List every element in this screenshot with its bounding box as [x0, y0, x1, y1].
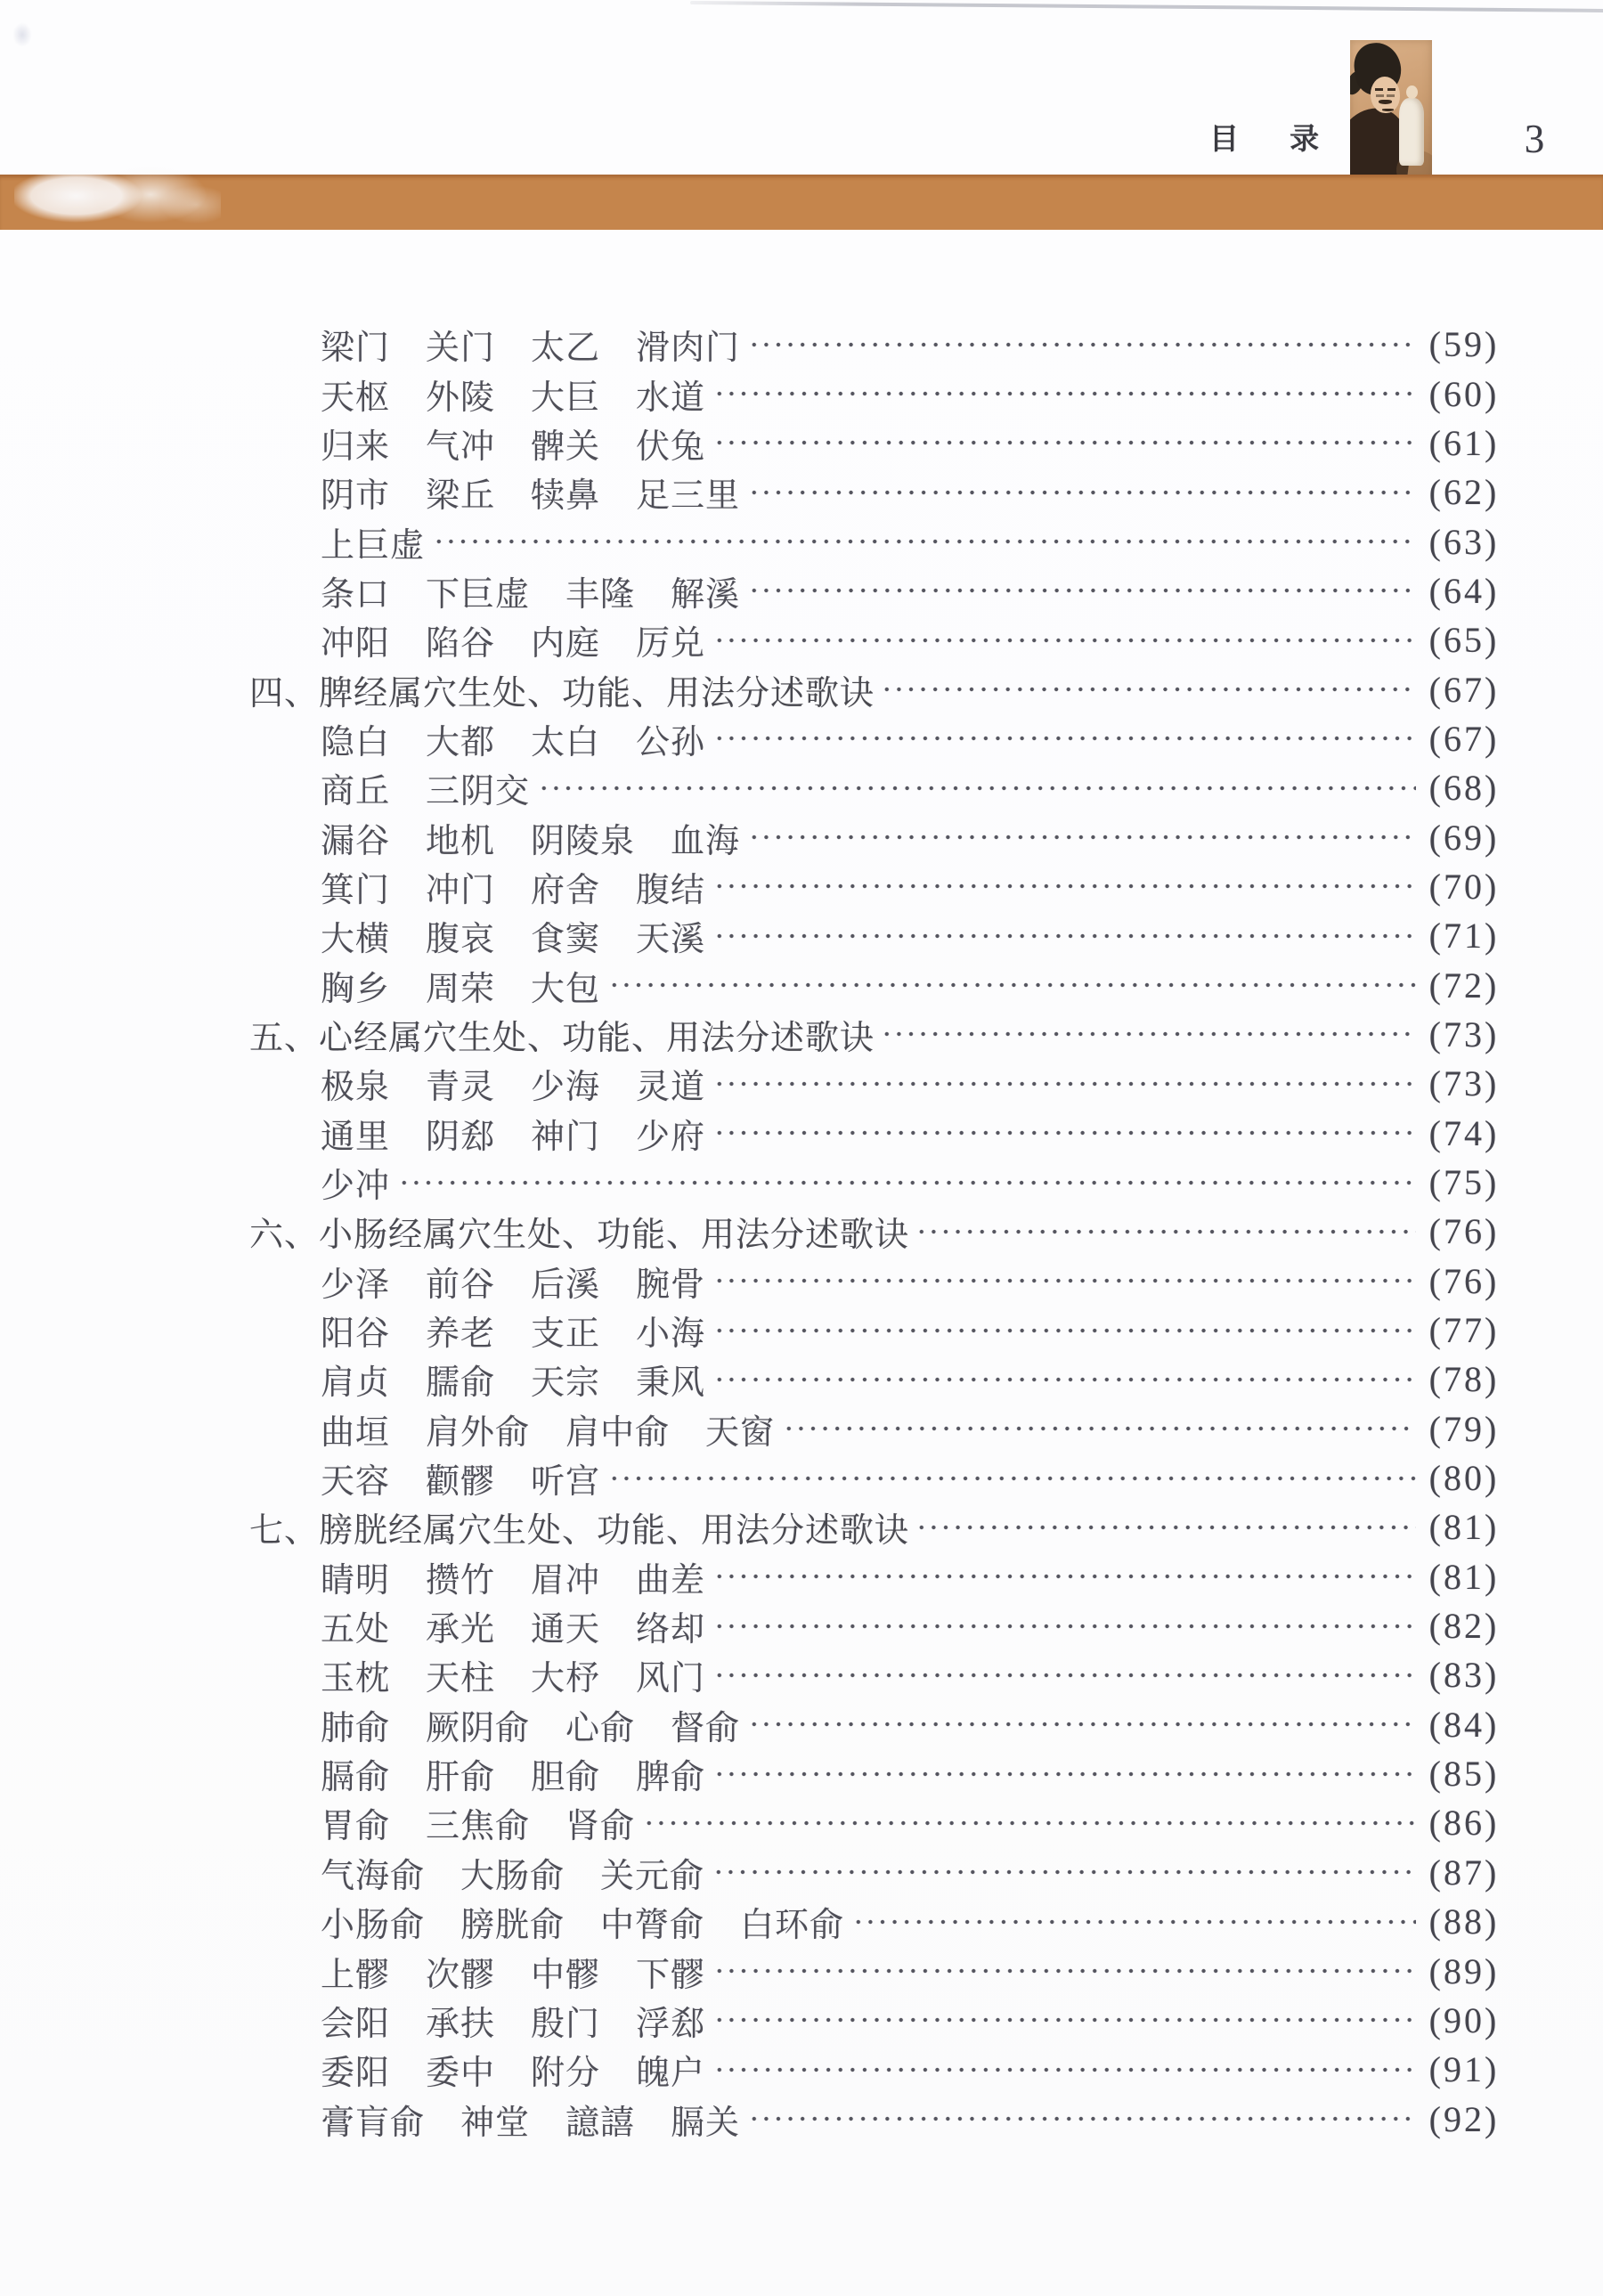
toc-term: 腹结: [636, 862, 705, 911]
toc-term: 天柱: [426, 1650, 495, 1699]
toc-term: 秉风: [636, 1355, 705, 1404]
dot-leader: [711, 1065, 1416, 1103]
toc-page-number: (72): [1421, 965, 1507, 1006]
toc-term: 膈关: [671, 2095, 740, 2144]
toc-page-number: (85): [1421, 1753, 1507, 1795]
toc-point-names: 上髎次髎中髎下髎: [321, 1947, 711, 1996]
toc-term: 下髎: [636, 1947, 705, 1996]
toc-point-names: 箕门冲门府舍腹结: [321, 862, 711, 911]
toc-term: 胆俞: [531, 1749, 600, 1798]
toc-term: 后溪: [531, 1257, 600, 1306]
toc-term: 大都: [426, 714, 495, 763]
toc-term: 太白: [531, 714, 600, 763]
dot-leader: [878, 1015, 1416, 1053]
toc-term: 天枢: [321, 370, 390, 419]
dot-leader: [850, 1903, 1416, 1941]
toc-term: 臑俞: [426, 1355, 495, 1404]
toc-term: 腕骨: [636, 1257, 705, 1306]
toc-page-number: (73): [1421, 1014, 1507, 1055]
toc-section-row: 五、心经属穴生处、功能、用法分述歌诀(73): [249, 1010, 1507, 1059]
toc-term: 小海: [636, 1306, 705, 1355]
toc-point-names: 睛明攒竹眉冲曲差: [321, 1552, 711, 1601]
toc-term: 殷门: [531, 1996, 600, 2045]
toc-term: 脾俞: [636, 1749, 705, 1798]
toc-page-number: (81): [1421, 1506, 1507, 1548]
toc-point-names: 漏谷地机阴陵泉血海: [321, 813, 745, 862]
toc-page-number: (60): [1421, 373, 1507, 415]
toc-page-number: (64): [1421, 570, 1507, 612]
toc-term: 络却: [636, 1601, 705, 1650]
toc-term: 箕门: [321, 862, 390, 911]
toc-entry-row: 五处承光通天络却(82): [249, 1601, 1507, 1650]
toc-term: 膈俞: [321, 1749, 390, 1798]
toc-term: 灵道: [636, 1059, 705, 1108]
toc-entry-row: 商丘三阴交(68): [249, 763, 1507, 812]
toc-section-title: 七、膀胱经属穴生处、功能、用法分述歌诀: [249, 1502, 913, 1551]
toc-term: 风门: [636, 1650, 705, 1699]
toc-term: 青灵: [426, 1059, 495, 1108]
toc-term: 胸乡: [321, 961, 390, 1010]
toc-point-names: 小肠俞膀胱俞中膂俞白环俞: [321, 1897, 850, 1946]
toc-term: 肩贞: [321, 1355, 390, 1404]
header-artwork-painting-icon: [1350, 40, 1432, 181]
toc-page-number: (87): [1421, 1852, 1507, 1893]
dot-leader: [710, 1853, 1416, 1891]
toc-term: 气冲: [426, 419, 495, 468]
toc-term: 肩外俞: [426, 1404, 530, 1453]
toc-entry-row: 箕门冲门府舍腹结(70): [249, 862, 1507, 911]
painting-white-robed-figure: [1399, 98, 1424, 166]
toc-page-number: (86): [1421, 1802, 1507, 1844]
toc-term: 阳谷: [321, 1306, 390, 1355]
toc-page-number: (91): [1421, 2048, 1507, 2090]
toc-point-names: 条口下巨虚丰隆解溪: [321, 566, 745, 615]
toc-entry-row: 条口下巨虚丰隆解溪(64): [249, 566, 1507, 615]
toc-entry-row: 通里阴郄神门少府(74): [249, 1109, 1507, 1158]
page-title: 目 录: [1209, 123, 1321, 155]
toc-page-number: (84): [1421, 1704, 1507, 1746]
toc-term: 漏谷: [321, 813, 390, 862]
toc-point-names: 隐白大都太白公孙: [321, 714, 711, 763]
toc-point-names: 委阳委中附分魄户: [321, 2045, 711, 2094]
toc-entry-row: 天容颧髎听宫(80): [249, 1453, 1507, 1502]
toc-term: 通天: [531, 1601, 600, 1650]
toc-entry-row: 睛明攒竹眉冲曲差(81): [249, 1552, 1507, 1601]
dot-leader: [745, 474, 1416, 511]
toc-page-number: (70): [1421, 866, 1507, 908]
toc-entry-row: 大横腹哀食窦天溪(71): [249, 911, 1507, 960]
toc-page-number: (62): [1421, 471, 1507, 513]
toc-page-number: (82): [1421, 1605, 1507, 1647]
toc-term: 会阳: [321, 1996, 390, 2045]
toc-term: 滑肉门: [636, 320, 740, 369]
toc-point-names: 肩贞臑俞天宗秉风: [321, 1355, 711, 1404]
dot-leader: [711, 1755, 1416, 1793]
toc-entry-row: 上巨虚(63): [249, 517, 1507, 566]
dot-leader: [745, 2100, 1416, 2137]
toc-term: 玉枕: [321, 1650, 390, 1699]
toc-page-number: (75): [1421, 1161, 1507, 1203]
toc-page-number: (88): [1421, 1901, 1507, 1942]
toc-entry-row: 归来气冲髀关伏兔(61): [249, 419, 1507, 468]
toc-term: 大横: [321, 911, 390, 960]
toc-section-label: 五、心经属穴生处、功能、用法分述歌诀: [249, 1010, 875, 1059]
dot-leader: [711, 375, 1416, 412]
toc-page-number: (89): [1421, 1950, 1507, 1992]
toc-point-names: 天容颧髎听宫: [321, 1453, 606, 1502]
toc-point-names: 通里阴郄神门少府: [321, 1109, 711, 1158]
dot-leader: [535, 769, 1416, 807]
painting-small-figure-head: [1406, 85, 1418, 99]
toc-term: 冲门: [426, 862, 495, 911]
toc-term: 肾俞: [566, 1798, 635, 1847]
toc-entry-row: 胸乡周荣大包(72): [249, 960, 1507, 1009]
toc-term: 大肠俞: [460, 1848, 565, 1897]
toc-section-title: 六、小肠经属穴生处、功能、用法分述歌诀: [249, 1207, 913, 1256]
toc-term: 前谷: [426, 1257, 495, 1306]
dot-leader: [606, 1460, 1416, 1497]
toc-term: 承光: [426, 1601, 495, 1650]
toc-point-names: 气海俞大肠俞关元俞: [321, 1848, 710, 1897]
toc-entry-row: 膈俞肝俞胆俞脾俞(85): [249, 1749, 1507, 1798]
toc-entry-row: 肩贞臑俞天宗秉风(78): [249, 1355, 1507, 1404]
toc-term: 水道: [636, 370, 705, 419]
table-of-contents: 梁门关门太乙滑肉门(59)天枢外陵大巨水道(60)归来气冲髀关伏兔(61)阴市梁…: [249, 320, 1507, 2144]
toc-entry-row: 委阳委中附分魄户(91): [249, 2045, 1507, 2094]
toc-term: 条口: [321, 566, 390, 615]
dot-leader: [711, 720, 1416, 757]
toc-page-number: (67): [1421, 669, 1507, 711]
toc-entry-row: 玉枕天柱大杼风门(83): [249, 1650, 1507, 1699]
toc-page-number: (76): [1421, 1210, 1507, 1252]
toc-term: 委阳: [321, 2045, 390, 2094]
toc-term: 膏肓俞: [321, 2095, 425, 2144]
toc-point-names: 少泽前谷后溪腕骨: [321, 1257, 711, 1306]
dot-leader: [711, 1952, 1416, 1990]
dot-leader: [711, 1262, 1416, 1299]
toc-entry-row: 梁门关门太乙滑肉门(59): [249, 320, 1507, 369]
toc-term: 浮郄: [636, 1996, 705, 2045]
toc-entry-row: 阴市梁丘犊鼻足三里(62): [249, 468, 1507, 517]
toc-term: 丰隆: [566, 566, 635, 615]
folio-page-number: 3: [1503, 114, 1566, 164]
toc-term: 外陵: [426, 370, 495, 419]
toc-entry-row: 膏肓俞神堂譩譆膈关(92): [249, 2094, 1507, 2143]
dot-leader: [913, 1213, 1416, 1250]
toc-page-number: (65): [1421, 619, 1507, 661]
toc-term: 睛明: [321, 1552, 390, 1601]
toc-term: 督俞: [671, 1700, 740, 1749]
toc-term: 梁丘: [426, 468, 495, 517]
toc-point-names: 梁门关门太乙滑肉门: [321, 320, 745, 369]
toc-term: 听宫: [531, 1453, 600, 1502]
toc-term: 少海: [531, 1059, 600, 1108]
header-divider-bar: [0, 175, 1603, 230]
toc-page-number: (69): [1421, 817, 1507, 859]
toc-term: 阴市: [321, 468, 390, 517]
dot-leader: [711, 1657, 1416, 1694]
toc-page-number: (68): [1421, 767, 1507, 809]
toc-page-number: (81): [1421, 1556, 1507, 1598]
toc-term: 周荣: [426, 961, 495, 1010]
toc-term: 陷谷: [426, 615, 495, 664]
toc-section-row: 七、膀胱经属穴生处、功能、用法分述歌诀(81): [249, 1502, 1507, 1551]
toc-entry-row: 隐白大都太白公孙(67): [249, 714, 1507, 763]
toc-point-names: 归来气冲髀关伏兔: [321, 419, 711, 468]
dot-leader: [711, 1608, 1416, 1645]
toc-section-label: 七、膀胱经属穴生处、功能、用法分述歌诀: [249, 1502, 909, 1551]
toc-page-number: (61): [1421, 422, 1507, 464]
toc-term: 天宗: [531, 1355, 600, 1404]
dot-leader: [745, 818, 1416, 856]
toc-point-names: 大横腹哀食窦天溪: [321, 911, 711, 960]
toc-entry-row: 极泉青灵少海灵道(73): [249, 1059, 1507, 1108]
toc-page-number: (67): [1421, 718, 1507, 760]
toc-term: 五处: [321, 1601, 390, 1650]
toc-term: 支正: [531, 1306, 600, 1355]
toc-term: 关元俞: [600, 1848, 704, 1897]
toc-page-number: (78): [1421, 1358, 1507, 1400]
toc-term: 阴郄: [426, 1109, 495, 1158]
toc-term: 太乙: [531, 320, 600, 369]
toc-term: 归来: [321, 419, 390, 468]
toc-page-number: (77): [1421, 1309, 1507, 1351]
dot-leader: [745, 326, 1416, 363]
toc-page-number: (59): [1421, 323, 1507, 365]
toc-term: 附分: [531, 2045, 600, 2094]
toc-term: 内庭: [531, 615, 600, 664]
toc-term: 气海俞: [321, 1848, 425, 1897]
toc-point-names: 膈俞肝俞胆俞脾俞: [321, 1749, 711, 1798]
toc-term: 伏兔: [636, 419, 705, 468]
toc-term: 隐白: [321, 714, 390, 763]
toc-entry-row: 少冲(75): [249, 1158, 1507, 1207]
scan-smudge: [9, 18, 36, 52]
toc-term: 大巨: [531, 370, 600, 419]
toc-term: 少泽: [321, 1257, 390, 1306]
toc-term: 髀关: [531, 419, 600, 468]
toc-point-names: 极泉青灵少海灵道: [321, 1059, 711, 1108]
dot-leader: [640, 1804, 1416, 1842]
toc-point-names: 少冲: [321, 1158, 395, 1207]
toc-page-number: (74): [1421, 1112, 1507, 1154]
toc-term: 少府: [636, 1109, 705, 1158]
toc-term: 大杼: [531, 1650, 600, 1699]
toc-term: 天容: [321, 1453, 390, 1502]
toc-term: 譩譆: [566, 2095, 635, 2144]
toc-point-names: 上巨虚: [321, 517, 430, 566]
toc-term: 商丘: [321, 763, 390, 812]
dot-leader: [780, 1410, 1416, 1447]
dot-leader: [745, 572, 1416, 609]
toc-term: 血海: [671, 813, 740, 862]
scanned-book-page: 目 录 3 梁门关门太乙滑肉门(59)天枢外陵大巨水道(60)归来气冲髀关伏兔(…: [0, 0, 1603, 2296]
toc-term: 中膂俞: [600, 1897, 704, 1946]
dot-leader: [711, 1114, 1416, 1152]
toc-term: 地机: [426, 813, 495, 862]
dot-leader: [745, 1706, 1416, 1743]
toc-entry-row: 小肠俞膀胱俞中膂俞白环俞(88): [249, 1897, 1507, 1946]
dot-leader: [711, 1312, 1416, 1349]
toc-point-names: 五处承光通天络却: [321, 1601, 711, 1650]
toc-point-names: 阳谷养老支正小海: [321, 1306, 711, 1355]
toc-entry-row: 会阳承扶殷门浮郄(90): [249, 1996, 1507, 2045]
toc-term: 神堂: [460, 2095, 530, 2144]
toc-point-names: 阴市梁丘犊鼻足三里: [321, 468, 745, 517]
toc-term: 大包: [531, 961, 600, 1010]
dot-leader: [878, 671, 1416, 708]
painting-face: [1371, 77, 1400, 113]
toc-term: 厥阴俞: [426, 1700, 530, 1749]
toc-term: 眉冲: [531, 1552, 600, 1601]
toc-term: 公孙: [636, 714, 705, 763]
toc-term: 天窗: [705, 1404, 775, 1453]
toc-term: 次髎: [426, 1947, 495, 1996]
toc-term: 天溪: [636, 911, 705, 960]
toc-point-names: 肺俞厥阴俞心俞督俞: [321, 1700, 745, 1749]
toc-term: 承扶: [426, 1996, 495, 2045]
toc-term: 肺俞: [321, 1700, 390, 1749]
toc-term: 肩中俞: [566, 1404, 670, 1453]
toc-term: 曲差: [636, 1552, 705, 1601]
toc-page-number: (79): [1421, 1408, 1507, 1450]
toc-page-number: (83): [1421, 1654, 1507, 1696]
toc-section-label: 六、小肠经属穴生处、功能、用法分述歌诀: [249, 1207, 909, 1256]
toc-term: 中髎: [531, 1947, 600, 1996]
toc-entry-row: 漏谷地机阴陵泉血海(69): [249, 812, 1507, 861]
toc-point-names: 胃俞三焦俞肾俞: [321, 1798, 640, 1847]
toc-entry-row: 少泽前谷后溪腕骨(76): [249, 1257, 1507, 1306]
toc-term: 解溪: [671, 566, 740, 615]
toc-term: 神门: [531, 1109, 600, 1158]
toc-term: 冲阳: [321, 615, 390, 664]
toc-term: 白环俞: [740, 1897, 844, 1946]
toc-point-names: 玉枕天柱大杼风门: [321, 1650, 711, 1699]
toc-term: 曲垣: [321, 1404, 390, 1453]
toc-section-row: 四、脾经属穴生处、功能、用法分述歌诀(67): [249, 664, 1507, 713]
dot-leader: [913, 1509, 1416, 1546]
toc-section-title: 五、心经属穴生处、功能、用法分述歌诀: [249, 1010, 878, 1059]
toc-term: 养老: [426, 1306, 495, 1355]
toc-point-names: 天枢外陵大巨水道: [321, 370, 711, 419]
toc-term: 小肠俞: [321, 1897, 425, 1946]
toc-point-names: 膏肓俞神堂譩譆膈关: [321, 2095, 745, 2144]
toc-page-number: (80): [1421, 1457, 1507, 1499]
toc-entry-row: 曲垣肩外俞肩中俞天窗(79): [249, 1404, 1507, 1453]
toc-point-names: 冲阳陷谷内庭厉兑: [321, 615, 711, 664]
toc-point-names: 胸乡周荣大包: [321, 961, 606, 1010]
toc-term: 梁门: [321, 320, 390, 369]
dot-leader: [711, 1361, 1416, 1398]
toc-page-number: (73): [1421, 1063, 1507, 1104]
toc-term: 肝俞: [426, 1749, 495, 1798]
toc-entry-row: 胃俞三焦俞肾俞(86): [249, 1798, 1507, 1847]
toc-page-number: (63): [1421, 521, 1507, 563]
dot-leader: [430, 523, 1416, 560]
toc-entry-row: 肺俞厥阴俞心俞督俞(84): [249, 1700, 1507, 1749]
toc-term: 关门: [426, 320, 495, 369]
toc-term: 少冲: [321, 1158, 390, 1207]
dot-leader: [711, 867, 1416, 905]
toc-entry-row: 上髎次髎中髎下髎(89): [249, 1946, 1507, 1995]
toc-term: 下巨虚: [426, 566, 530, 615]
toc-section-label: 四、脾经属穴生处、功能、用法分述歌诀: [249, 665, 875, 714]
toc-term: 上巨虚: [321, 517, 425, 566]
dot-leader: [395, 1164, 1416, 1201]
toc-term: 阴陵泉: [531, 813, 635, 862]
scan-artifact-line: [690, 1, 1603, 12]
toc-term: 通里: [321, 1109, 390, 1158]
toc-term: 腹哀: [426, 911, 495, 960]
toc-term: 三焦俞: [426, 1798, 530, 1847]
dot-leader: [711, 2001, 1416, 2039]
dot-leader: [711, 424, 1416, 461]
toc-term: 犊鼻: [531, 468, 600, 517]
dot-leader: [711, 622, 1416, 659]
toc-entry-row: 冲阳陷谷内庭厉兑(65): [249, 615, 1507, 664]
toc-point-names: 曲垣肩外俞肩中俞天窗: [321, 1404, 780, 1453]
toc-term: 心俞: [566, 1700, 635, 1749]
toc-term: 胃俞: [321, 1798, 390, 1847]
toc-term: 膀胱俞: [460, 1897, 565, 1946]
toc-page-number: (92): [1421, 2098, 1507, 2140]
toc-term: 足三里: [636, 468, 740, 517]
toc-point-names: 商丘三阴交: [321, 763, 535, 812]
dot-leader: [711, 917, 1416, 955]
toc-term: 食窦: [531, 911, 600, 960]
toc-page-number: (90): [1421, 1999, 1507, 2041]
toc-term: 颧髎: [426, 1453, 495, 1502]
toc-term: 府舍: [531, 862, 600, 911]
toc-entry-row: 气海俞大肠俞关元俞(87): [249, 1848, 1507, 1897]
toc-page-number: (71): [1421, 915, 1507, 957]
toc-point-names: 会阳承扶殷门浮郄: [321, 1996, 711, 2045]
toc-term: 极泉: [321, 1059, 390, 1108]
toc-term: 三阴交: [426, 763, 530, 812]
dot-leader: [711, 1558, 1416, 1595]
dot-leader: [606, 966, 1416, 1004]
toc-term: 厉兑: [636, 615, 705, 664]
dot-leader: [711, 2051, 1416, 2088]
toc-section-row: 六、小肠经属穴生处、功能、用法分述歌诀(76): [249, 1207, 1507, 1256]
toc-page-number: (76): [1421, 1260, 1507, 1302]
toc-term: 委中: [426, 2045, 495, 2094]
divider-bar-white-splotch: [14, 167, 221, 235]
toc-term: 上髎: [321, 1947, 390, 1996]
toc-section-title: 四、脾经属穴生处、功能、用法分述歌诀: [249, 665, 878, 714]
toc-entry-row: 天枢外陵大巨水道(60): [249, 369, 1507, 418]
toc-term: 魄户: [636, 2045, 705, 2094]
toc-entry-row: 阳谷养老支正小海(77): [249, 1306, 1507, 1355]
toc-term: 攒竹: [426, 1552, 495, 1601]
